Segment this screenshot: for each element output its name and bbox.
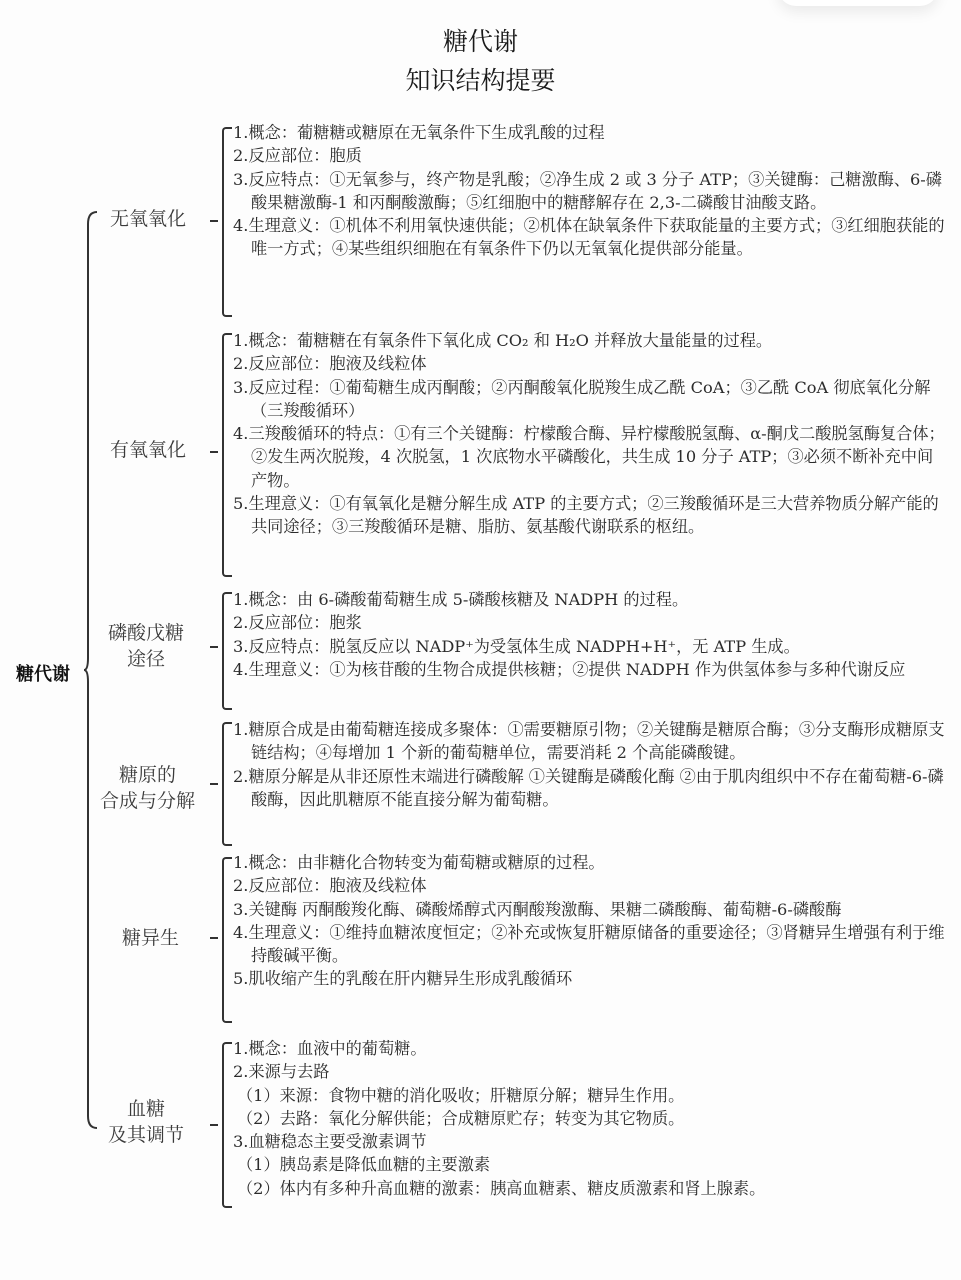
section-items: 1.概念：由非糖化合物转变为葡萄糖或糖原的过程。 2.反应部位：胞液及线粒体 3… [233,851,945,991]
connector-dash [210,220,218,222]
section-label: 有氧氧化 [110,437,186,463]
list-item: 4.生理意义：①机体不利用氧快速供能；②机体在缺氧条件下获取能量的主要方式；③红… [233,214,945,261]
section-label: 磷酸戊糖 途径 [108,620,184,672]
list-item: 1.概念：葡糖糖或糖原在无氧条件下生成乳酸的过程 [233,121,945,144]
section-items: 1.糖原合成是由葡萄糖连接成多聚体：①需要糖原引物；②关键酶是糖原合酶；③分支酶… [233,718,945,811]
page-title: 糖代谢 [0,22,961,58]
section-label: 无氧氧化 [110,206,186,232]
section-label-line: 及其调节 [108,1122,184,1148]
section-brace-icon [222,127,232,317]
list-subitem: （1）来源：食物中糖的消化吸收；肝糖原分解；糖异生作用。 [233,1084,945,1107]
list-item: 4.生理意义：①维持血糖浓度恒定；②补充或恢复肝糖原储备的重要途径；③肾糖异生增… [233,921,945,968]
section-brace-icon [222,722,232,846]
list-item: 1.概念：血液中的葡萄糖。 [233,1037,945,1060]
list-item: 2.反应部位：胞浆 [233,611,945,634]
root-brace-icon [84,210,98,1130]
section-brace-icon [222,1042,232,1208]
list-item: 3.反应特点：脱氢反应以 NADP⁺为受氢体生成 NADPH+H⁺，无 ATP … [233,635,945,658]
root-label: 糖代谢 [16,660,70,686]
list-subitem: （2）体内有多种升高血糖的激素：胰高血糖素、糖皮质激素和肾上腺素。 [233,1177,945,1200]
connector-dash [210,1124,218,1126]
list-item: 1.糖原合成是由葡萄糖连接成多聚体：①需要糖原引物；②关键酶是糖原合酶；③分支酶… [233,718,945,765]
section-label-line: 糖原的 [100,762,195,788]
page-subtitle: 知识结构提要 [0,61,961,97]
section-label-line: 血糖 [108,1096,184,1122]
list-item: 2.来源与去路 [233,1060,945,1083]
section-brace-icon [222,333,232,577]
connector-dash [210,937,218,939]
section-brace-icon [222,592,232,710]
section-items: 1.概念：葡糖糖或糖原在无氧条件下生成乳酸的过程 2.反应部位：胞质 3.反应特… [233,121,945,261]
list-item: 1.概念：葡糖糖在有氧条件下氧化成 CO₂ 和 H₂O 并释放大量能量的过程。 [233,329,945,352]
section-items: 1.概念：血液中的葡萄糖。 2.来源与去路 （1）来源：食物中糖的消化吸收；肝糖… [233,1037,945,1200]
connector-dash [210,451,218,453]
section-items: 1.概念：由 6-磷酸葡萄糖生成 5-磷酸核糖及 NADPH 的过程。 2.反应… [233,588,945,681]
section-label: 糖异生 [122,925,179,951]
list-subitem: （1）胰岛素是降低血糖的主要激素 [233,1153,945,1176]
list-item: 3.反应特点：①无氧参与，终产物是乳酸；②净生成 2 或 3 分子 ATP；③关… [233,168,945,215]
top-floating-card [778,0,938,6]
list-subitem: （2）去路：氧化分解供能；合成糖原贮存；转变为其它物质。 [233,1107,945,1130]
section-label-line: 合成与分解 [100,788,195,814]
list-item: 5.生理意义：①有氧氧化是糖分解生成 ATP 的主要方式；②三羧酸循环是三大营养… [233,492,945,539]
section-brace-icon [222,857,232,1023]
list-item: 4.三羧酸循环的特点：①有三个关键酶：柠檬酸合酶、异柠檬酸脱氢酶、α-酮戊二酸脱… [233,422,945,492]
section-items: 1.概念：葡糖糖在有氧条件下氧化成 CO₂ 和 H₂O 并释放大量能量的过程。 … [233,329,945,539]
connector-dash [210,783,218,785]
list-item: 3.血糖稳态主要受激素调节 [233,1130,945,1153]
list-item: 2.反应部位：胞液及线粒体 [233,352,945,375]
connector-dash [210,646,218,648]
section-label: 糖原的 合成与分解 [100,762,195,814]
section-label-line: 磷酸戊糖 [108,620,184,646]
list-item: 2.反应部位：胞质 [233,144,945,167]
list-item: 2.反应部位：胞液及线粒体 [233,874,945,897]
list-item: 4.生理意义：①为核苷酸的生物合成提供核糖；②提供 NADPH 作为供氢体参与多… [233,658,945,681]
list-item: 1.概念：由 6-磷酸葡萄糖生成 5-磷酸核糖及 NADPH 的过程。 [233,588,945,611]
list-item: 3.关键酶 丙酮酸羧化酶、磷酸烯醇式丙酮酸羧激酶、果糖二磷酸酶、葡萄糖-6-磷酸… [233,898,945,921]
section-label: 血糖 及其调节 [108,1096,184,1148]
list-item: 5.肌收缩产生的乳酸在肝内糖异生形成乳酸循环 [233,967,945,990]
list-item: 3.反应过程：①葡萄糖生成丙酮酸；②丙酮酸氧化脱羧生成乙酰 CoA；③乙酰 Co… [233,376,945,423]
section-label-line: 途径 [108,646,184,672]
list-item: 2.糖原分解是从非还原性末端进行磷酸解 ①关键酶是磷酸化酶 ②由于肌肉组织中不存… [233,765,945,812]
list-item: 1.概念：由非糖化合物转变为葡萄糖或糖原的过程。 [233,851,945,874]
